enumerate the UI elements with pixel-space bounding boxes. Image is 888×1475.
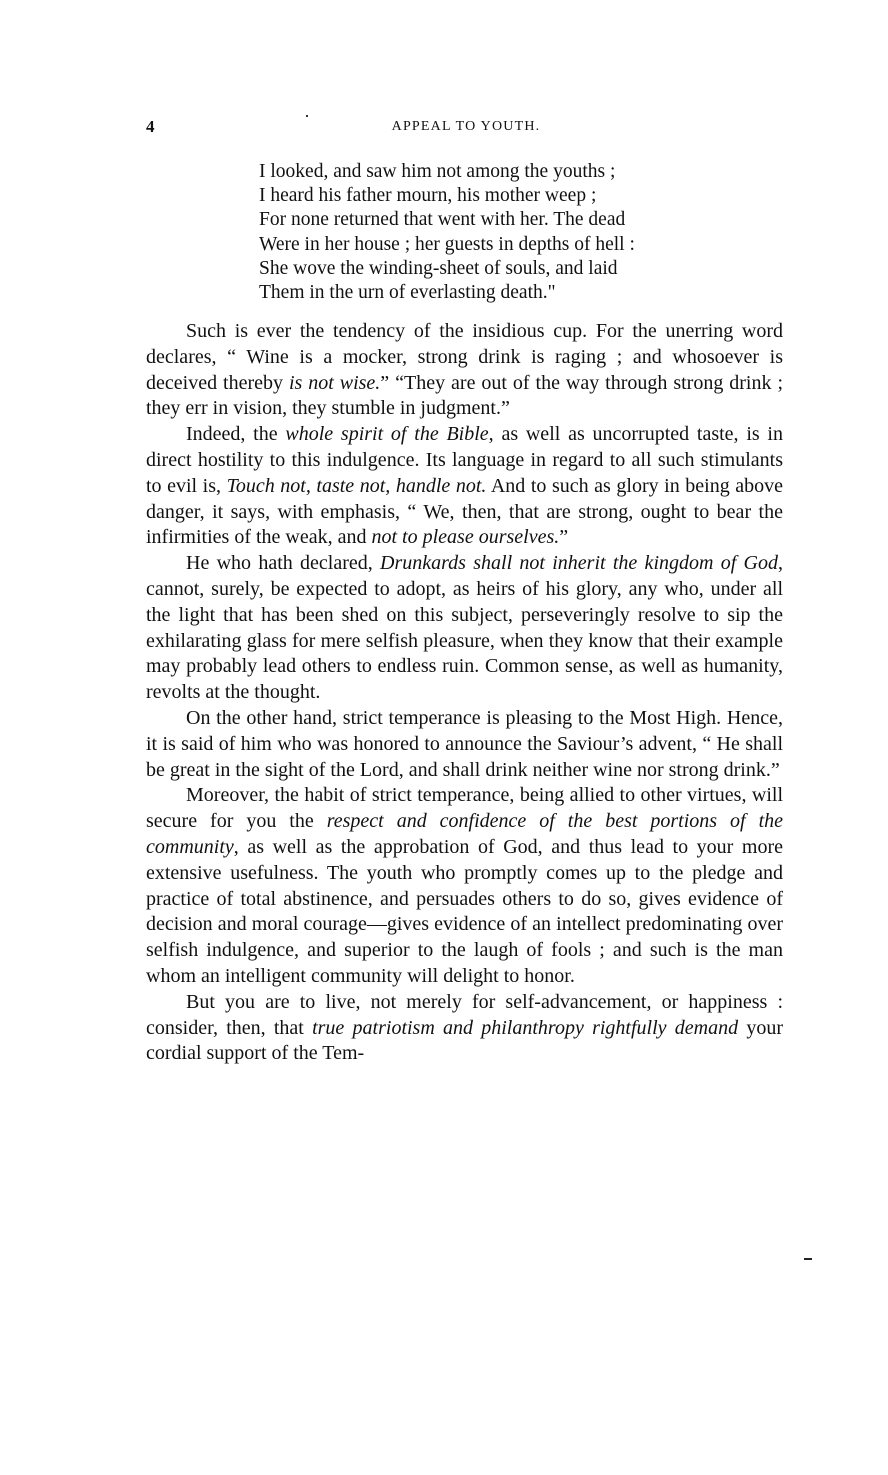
italic-segment: is not wise. — [289, 372, 380, 394]
running-head-title: APPEAL TO YOUTH. — [146, 119, 786, 135]
paragraph-insidious-cup: Such is ever the tendency of the insidio… — [146, 319, 783, 422]
text-segment: He who hath declared, — [186, 552, 380, 574]
verse-line: Them in the urn of everlasting death." — [259, 281, 635, 305]
text-segment: ” — [559, 526, 568, 548]
text-segment: , cannot, surely, be expected to adopt, … — [146, 552, 783, 703]
italic-segment: not to please ourselves. — [372, 526, 560, 548]
verse-line: I looked, and saw him not among the yout… — [259, 160, 635, 184]
verse-line: I heard his father mourn, his mother wee… — [259, 184, 635, 208]
running-head: 4 APPEAL TO YOUTH. — [146, 117, 786, 137]
paragraph-moreover: Moreover, the habit of strict temperance… — [146, 783, 783, 989]
italic-segment: true patriotism and philanthropy rightfu… — [312, 1017, 738, 1039]
italic-segment: Drunkards shall not inherit the kingdom … — [380, 552, 778, 574]
text-segment: Indeed, the — [186, 423, 285, 445]
verse-quotation: I looked, and saw him not among the yout… — [259, 160, 635, 305]
text-segment: , as well as the approbation of God, and… — [146, 836, 783, 987]
verse-line: Were in her house ; her guests in depths… — [259, 233, 635, 257]
scan-artifact — [804, 1258, 812, 1260]
italic-segment: whole spirit of the Bible — [285, 423, 488, 445]
italic-segment: Touch not, taste not, handle not. — [227, 475, 487, 497]
text-segment: On the other hand, strict temperance is … — [146, 707, 783, 781]
body-text: Such is ever the tendency of the insidio… — [146, 319, 783, 1067]
paragraph-spirit-of-bible: Indeed, the whole spirit of the Bible, a… — [146, 422, 783, 551]
paragraph-patriotism: But you are to live, not merely for self… — [146, 990, 783, 1067]
verse-line: For none returned that went with her. Th… — [259, 208, 635, 232]
verse-line: She wove the winding-sheet of souls, and… — [259, 257, 635, 281]
scan-speck — [306, 115, 308, 117]
paragraph-strict-temperance: On the other hand, strict temperance is … — [146, 706, 783, 783]
book-page: 4 APPEAL TO YOUTH. I looked, and saw him… — [0, 0, 888, 1475]
paragraph-drunkards: He who hath declared, Drunkards shall no… — [146, 551, 783, 706]
